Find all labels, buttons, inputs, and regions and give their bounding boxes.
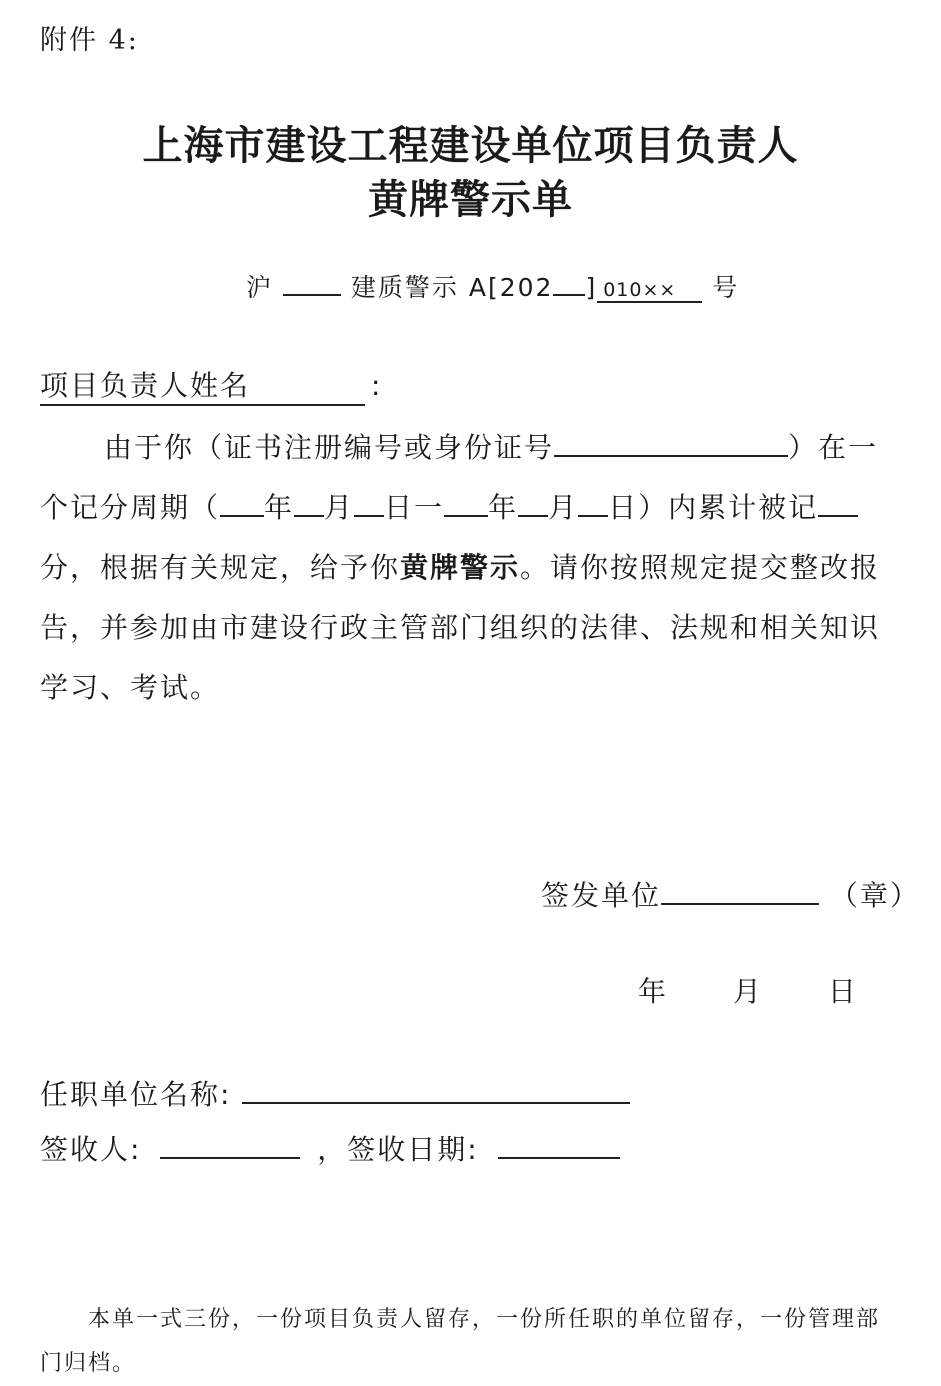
body-line-1: 由于你（证书注册编号或身份证号）在一	[104, 428, 878, 487]
period-end-day-blank[interactable]	[578, 489, 608, 517]
cert-number-blank[interactable]	[554, 429, 788, 457]
doc-number-prefix: 沪	[246, 273, 273, 302]
signer-blank[interactable]	[160, 1131, 300, 1159]
receipt-separator: ，	[317, 1133, 347, 1166]
period-start-month-blank[interactable]	[294, 489, 324, 517]
note-line-2: 门归档。	[40, 1346, 910, 1377]
doc-number-serial[interactable]: 010××	[597, 279, 702, 303]
recipient-name-field[interactable]: 项目负责人姓名:	[40, 364, 382, 406]
employer-field: 任职单位名称:	[40, 1073, 630, 1113]
receipt-fields: 签收人: ，签收日期:	[40, 1128, 620, 1168]
doc-number-bracket: ]	[585, 273, 597, 302]
period-start-day-blank[interactable]	[354, 489, 384, 517]
recipient-name-label: 项目负责人姓名	[40, 364, 365, 406]
body-text: 年	[488, 491, 518, 524]
recipient-colon: :	[371, 369, 382, 402]
issue-date-month: 月	[733, 970, 761, 1010]
body-text: 月	[324, 491, 354, 524]
body-text: 。请你按照规定提交整改报	[520, 551, 880, 584]
period-start-year-blank[interactable]	[220, 489, 264, 517]
body-text: 分，根据有关规定，给予你	[40, 551, 400, 584]
signer-label: 签收人:	[40, 1133, 141, 1166]
body-text: ）在一	[788, 431, 878, 464]
employer-label: 任职单位名称:	[40, 1078, 231, 1111]
period-end-month-blank[interactable]	[518, 489, 548, 517]
body-text: 月	[548, 491, 578, 524]
doc-number-middle: 建质警示 A[202	[351, 273, 554, 302]
body-line-4: 告，并参加由市建设行政主管部门组织的法律、法规和相关知识	[40, 608, 880, 667]
receipt-date-blank[interactable]	[498, 1131, 620, 1159]
points-blank[interactable]	[818, 489, 858, 517]
yellow-card-warning-emphasis: 黄牌警示	[400, 551, 520, 584]
issuer-blank[interactable]	[661, 877, 819, 905]
note-line-1: 本单一式三份，一份项目负责人留存，一份所任职的单位留存，一份管理部	[88, 1302, 941, 1333]
doc-number-district-blank[interactable]	[283, 270, 341, 296]
body-line-2: 个记分周期（年月日一年月日）内累计被记	[40, 488, 858, 547]
body-paragraph: 由于你（证书注册编号或身份证号）在一 个记分周期（年月日一年月日）内累计被记 分…	[40, 428, 906, 728]
attachment-label: 附件 4:	[40, 18, 139, 57]
employer-blank[interactable]	[242, 1076, 630, 1104]
body-text: 年	[264, 491, 294, 524]
body-text: 日）内累计被记	[608, 491, 818, 524]
body-text: 个记分周期（	[40, 491, 220, 524]
document-title-line2: 黄牌警示单	[0, 168, 941, 225]
body-text: 日一	[384, 491, 444, 524]
issue-date-day: 日	[828, 970, 856, 1010]
seal-label: （章）	[830, 879, 920, 912]
body-text: 由于你（证书注册编号或身份证号	[104, 431, 554, 464]
issuer-field: 签发单位 （章）	[541, 874, 920, 914]
doc-number-suffix: 号	[712, 273, 739, 302]
receipt-date-label: 签收日期:	[347, 1133, 478, 1166]
issuer-label: 签发单位	[541, 879, 661, 912]
document-title-line1: 上海市建设工程建设单位项目负责人	[0, 114, 941, 171]
body-line-3: 分，根据有关规定，给予你黄牌警示。请你按照规定提交整改报	[40, 548, 880, 607]
issue-date-year: 年	[638, 970, 666, 1010]
doc-number-year-blank[interactable]	[553, 270, 585, 296]
period-end-year-blank[interactable]	[444, 489, 488, 517]
issue-date: 年 月 日	[638, 970, 856, 1010]
document-number: 沪 建质警示 A[202]010×× 号	[246, 268, 739, 304]
body-line-5: 学习、考试。	[40, 668, 220, 727]
